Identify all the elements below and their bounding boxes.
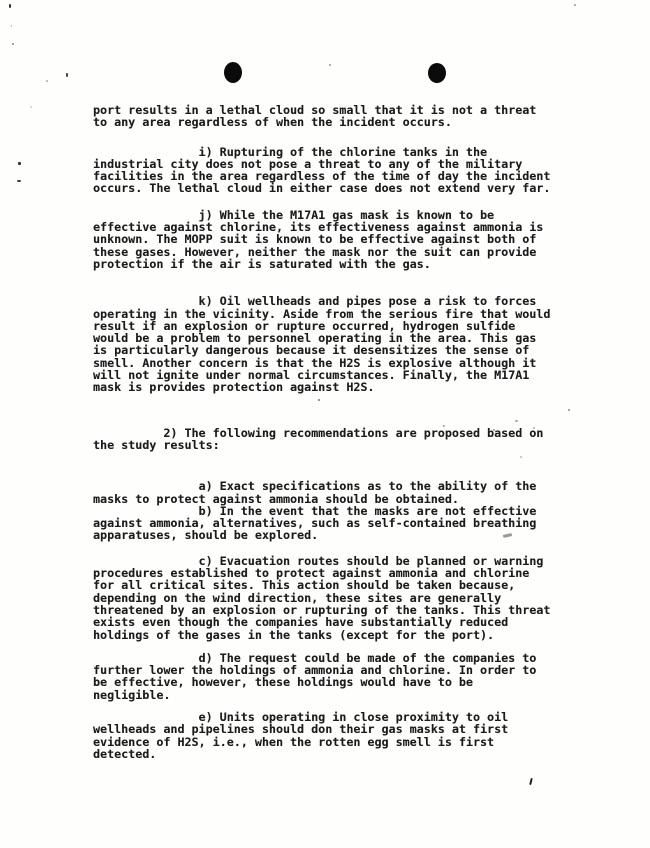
paragraph-item-e: e) Units operating in close proximity to… [93,711,638,760]
hole-punch-dot-right-icon [428,63,446,83]
scan-speck [18,162,21,165]
scan-speck [9,4,11,8]
scan-speck [318,399,320,401]
scan-speck [17,180,21,182]
paragraph-continuation: port results in a lethal cloud so small … [93,104,638,129]
scan-speck [574,4,576,6]
scan-speck [46,80,48,82]
scan-tick-mark [529,778,533,785]
hole-punch-dot-left-icon [224,62,242,83]
paragraph-section-2: 2) The following recommendations are pro… [93,427,638,452]
scan-speck [12,43,14,45]
scan-speck [329,64,331,66]
scan-speck [11,25,12,27]
paragraph-item-b: b) In the event that the masks are not e… [93,505,638,542]
scan-speck [520,456,522,458]
scan-speck [30,106,32,108]
paragraph-item-c: c) Evacuation routes should be planned o… [93,555,638,641]
scan-speck [493,429,495,431]
paragraph-item-i: i) Rupturing of the chlorine tanks in th… [93,146,638,195]
document-page: port results in a lethal cloud so small … [0,0,650,848]
scan-speck [533,427,535,429]
scan-speck [66,73,68,77]
paragraph-item-a: a) Exact specifications as to the abilit… [93,480,638,505]
paragraph-item-d: d) The request could be made of the comp… [93,652,638,701]
paragraph-item-k: k) Oil wellheads and pipes pose a risk t… [93,295,638,393]
scan-speck [568,409,570,411]
scan-speck [443,425,445,427]
scan-speck [515,420,518,422]
paragraph-item-j: j) While the M17A1 gas mask is known to … [93,209,638,270]
document-body: port results in a lethal cloud so small … [93,104,638,760]
